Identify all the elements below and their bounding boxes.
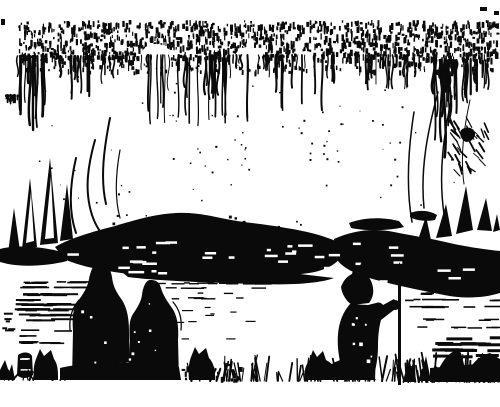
aurora-fringe-center3 [332,55,420,90]
left-flame-tongues [8,158,73,253]
water-reflections-right2 [417,318,500,328]
right-feather-blob [460,128,475,142]
water-reflections-left-block [15,293,83,321]
sky-dotted-arc-left [173,144,250,173]
illustration-canvas [0,0,500,407]
left-flame-curves [71,118,120,240]
water-reflections-center [157,282,272,299]
right-flame-curves [408,92,470,222]
aurora-fringe-right [432,60,489,157]
left-edge-flecks [6,95,18,104]
figure-left-silhouette [70,261,131,380]
aurora-fringe-left [17,56,46,130]
right-feather-marks [448,116,488,176]
water-reflections-left-low [19,329,72,344]
water-reflections-center2 [175,307,256,340]
water-left-edge-marks [2,313,15,332]
sky-dotted-arc-right [301,120,343,163]
woodcut-scene [0,0,500,407]
aurora-fringe-center2 [263,55,328,110]
